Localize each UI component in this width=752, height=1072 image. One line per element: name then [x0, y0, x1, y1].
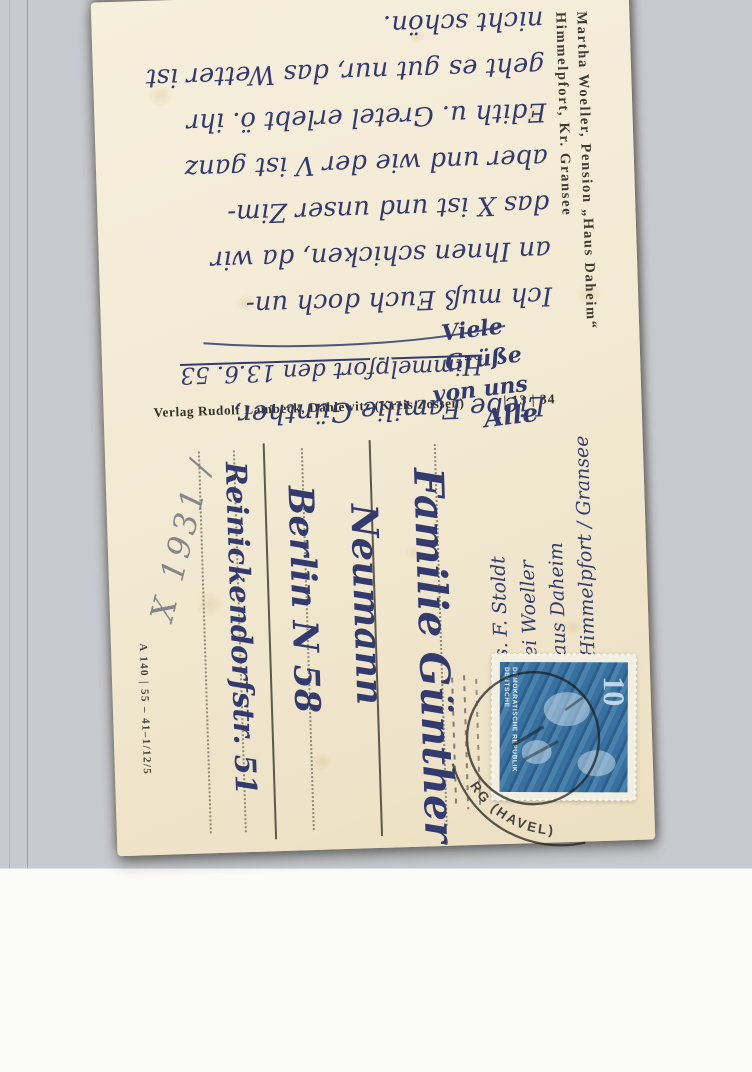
address-line: Neumann — [332, 503, 406, 825]
scanner-guide-line-right — [27, 0, 28, 868]
postmark-circle — [465, 670, 601, 806]
scanner-guide-line-left — [9, 0, 10, 868]
postmark-killer-dashes — [452, 678, 456, 808]
postmark-date-smudge — [565, 698, 583, 711]
handwritten-closing: Viele Grüße von uns Alle — [414, 303, 587, 441]
postmark-outer-arc — [453, 760, 586, 849]
scanner-bed-white-area — [0, 868, 752, 1072]
postmark-date-smudge — [512, 727, 545, 746]
postmark-town-text: RG (HAVEL) — [467, 776, 556, 840]
postmark: RG (HAVEL) — [409, 585, 662, 855]
printing-order-number: A 140 | 55 – 41–1/12/5 — [137, 643, 155, 833]
address-line: Berlin N 58 — [268, 485, 343, 827]
postmark-date-smudge — [524, 741, 559, 759]
svg-text:RG (HAVEL): RG (HAVEL) — [467, 776, 556, 840]
postcard-back: Martha Woeller, Pension „Haus Daheim“ Hi… — [91, 0, 656, 856]
address-line: Reinickendorfstr. 51 — [205, 461, 278, 829]
